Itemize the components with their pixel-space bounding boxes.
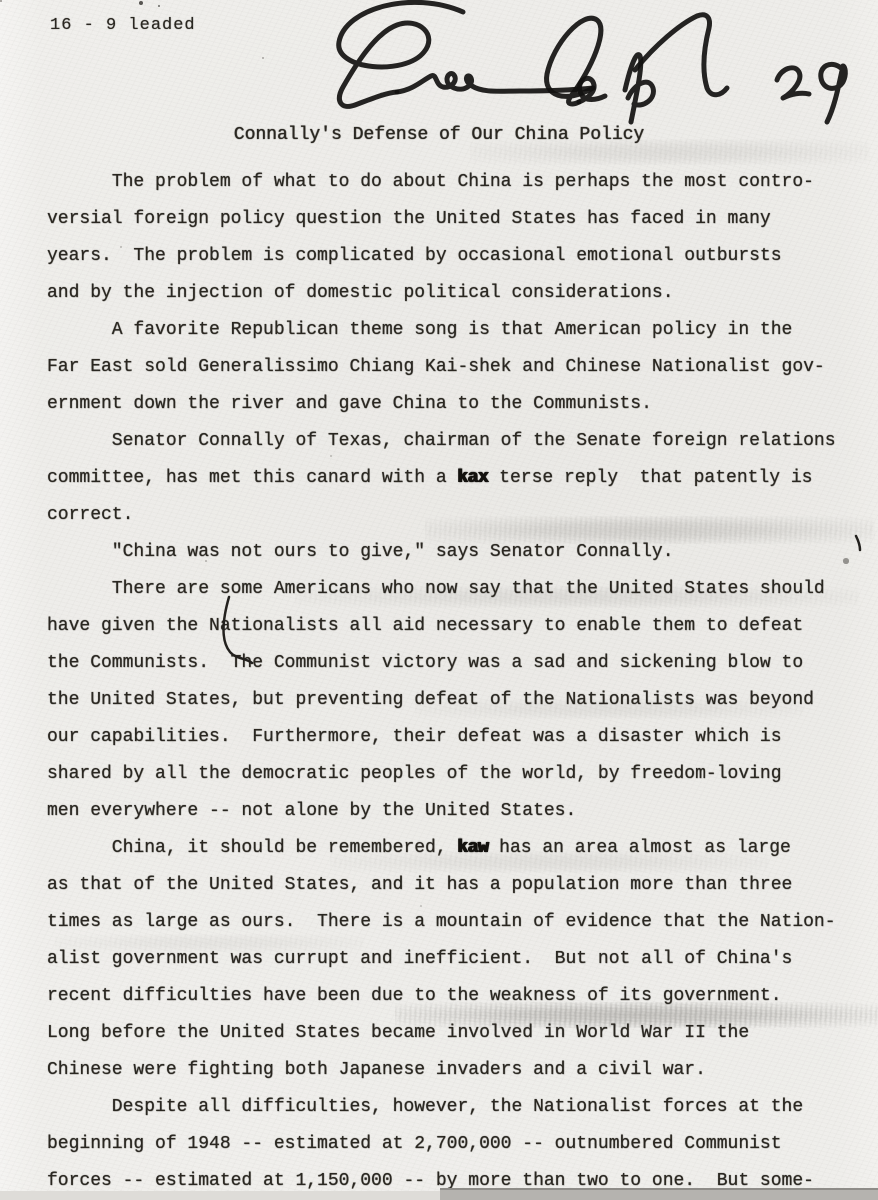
document-page: 16 - 9 leaded Eve Sept 29 Connally's Def… [0, 0, 878, 1200]
handwriting-stroke-S [547, 18, 601, 104]
text-line: and by the injection of domestic politic… [47, 275, 868, 312]
handwriting-stroke-p [625, 55, 653, 122]
text-line: correct. [47, 497, 868, 534]
text-segment: committee, has met this canard with a [47, 468, 457, 488]
handwriting-stroke-9 [821, 64, 846, 122]
typesetting-note: 16 - 9 leaded [50, 16, 196, 35]
text-line: the United States, but preventing defeat… [47, 682, 868, 719]
text-line: forces -- estimated at 1,150,000 -- by m… [47, 1163, 868, 1200]
text-segment: has an area almost as large [488, 838, 790, 858]
text-line: alist government was currupt and ineffic… [47, 941, 868, 978]
text-line: Senator Connally of Texas, chairman of t… [47, 423, 868, 460]
text-line: the Communists. The Communist victory wa… [47, 645, 868, 682]
text-line: times as large as ours. There is a mount… [47, 904, 868, 941]
text-line-with-overstrike: committee, has met this canard with a ka… [47, 460, 868, 497]
text-line: Long before the United States became inv… [47, 1015, 868, 1052]
text-line: as that of the United States, and it has… [47, 867, 868, 904]
document-body: The problem of what to do about China is… [47, 164, 868, 1200]
handwriting-stroke-t [635, 15, 727, 95]
text-line: ernment down the river and gave China to… [47, 386, 868, 423]
text-line: versial foreign policy question the Unit… [47, 201, 868, 238]
text-line: Despite all difficulties, however, the N… [47, 1089, 868, 1126]
text-line: Far East sold Generalissimo Chiang Kai-s… [47, 349, 868, 386]
text-line: A favorite Republican theme song is that… [47, 312, 868, 349]
handwriting-stroke-e [579, 78, 605, 102]
handwriting-stroke-2 [777, 68, 809, 98]
text-segment: China, it should be remembered, [47, 838, 457, 858]
text-line: recent difficulties have been due to the… [47, 978, 868, 1015]
text-line: men everywhere -- not alone by the Unite… [47, 793, 868, 830]
text-line: have given the Nationalists all aid nece… [47, 608, 868, 645]
text-line: years. The problem is complicated by occ… [47, 238, 868, 275]
text-line: There are some Americans who now say tha… [47, 571, 868, 608]
handwriting-stroke-E [339, 2, 463, 106]
text-line-with-overstrike: China, it should be remembered, kaw has … [47, 830, 868, 867]
text-line: Chinese were fighting both Japanese inva… [47, 1052, 868, 1089]
text-line: our capabilities. Furthermore, their def… [47, 719, 868, 756]
text-line: shared by all the democratic peoples of … [47, 756, 868, 793]
handwritten-date-annotation: Eve Sept 29 [325, 0, 878, 135]
paper-specks [0, 0, 2, 2]
text-line: "China was not ours to give," says Senat… [47, 534, 868, 571]
document-title: Connally's Defense of Our China Policy [0, 125, 878, 145]
overstruck-correction: kax [457, 468, 488, 488]
text-segment: terse reply that patently is [488, 468, 812, 488]
overstruck-correction: kaw [457, 838, 488, 858]
handwriting-stroke-ve [397, 74, 593, 92]
text-line: The problem of what to do about China is… [47, 164, 868, 201]
text-line: beginning of 1948 -- estimated at 2,700,… [47, 1126, 868, 1163]
